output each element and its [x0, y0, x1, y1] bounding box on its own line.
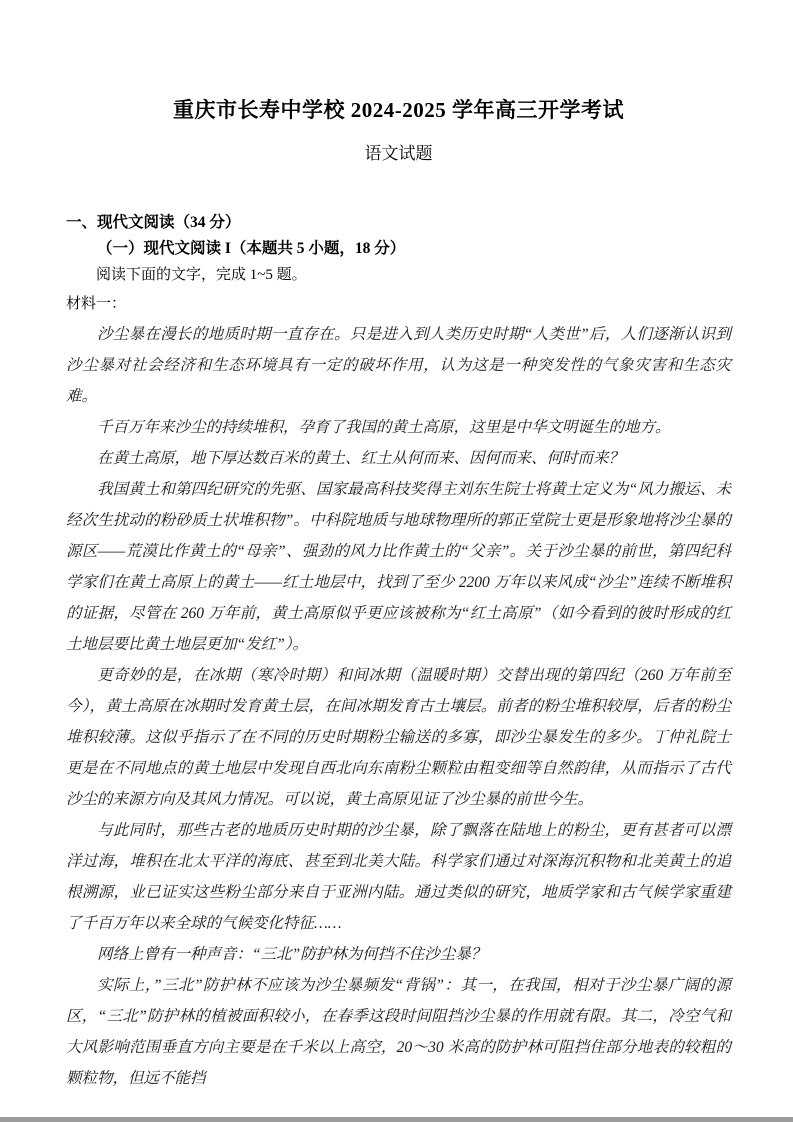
section-heading-modern-reading: 一、现代文阅读（34 分）	[66, 210, 731, 235]
exam-title: 重庆市长寿中学校 2024-2025 学年高三开学考试	[66, 96, 731, 124]
material-one-body: 沙尘暴在漫长的地质时期一直存在。只是进入到人类历史时期“人类世”后，人们逐渐认识…	[66, 319, 731, 1094]
page-bottom-edge	[0, 1117, 793, 1122]
material-paragraph: 与此同时，那些古老的地质历史时期的沙尘暴，除了飘落在陆地上的粉尘，更有甚者可以漂…	[66, 815, 731, 939]
material-paragraph: 我国黄土和第四纪研究的先驱、国家最高科技奖得主刘东生院士将黄土定义为“风力搬运、…	[66, 474, 731, 660]
material-paragraph: 千百万年来沙尘的持续堆积，孕育了我国的黄土高原，这里是中华文明诞生的地方。	[66, 412, 731, 443]
material-one-label: 材料一：	[66, 290, 731, 319]
material-paragraph: 沙尘暴在漫长的地质时期一直存在。只是进入到人类历史时期“人类世”后，人们逐渐认识…	[66, 319, 731, 412]
material-paragraph: 更奇妙的是，在冰期（寒冷时期）和间冰期（温暖时期）交替出现的第四纪（260 万年…	[66, 660, 731, 815]
material-paragraph: 在黄土高原，地下厚达数百米的黄土、红土从何而来、因何而来、何时而来？	[66, 443, 731, 474]
reading-instruction: 阅读下面的文字，完成 1~5 题。	[66, 263, 731, 288]
section-subheading-reading-one: （一）现代文阅读 I（本题共 5 小题，18 分）	[66, 236, 731, 261]
material-paragraph: 网络上曾有一种声音：“三北”防护林为何挡不住沙尘暴？	[66, 939, 731, 970]
document-page: 重庆市长寿中学校 2024-2025 学年高三开学考试 语文试题 一、现代文阅读…	[0, 0, 793, 1122]
exam-subtitle: 语文试题	[66, 143, 731, 165]
material-paragraph: 实际上，”三北”防护林不应该为沙尘暴频发“背锅”：其一，在我国，相对于沙尘暴广阔…	[66, 970, 731, 1094]
